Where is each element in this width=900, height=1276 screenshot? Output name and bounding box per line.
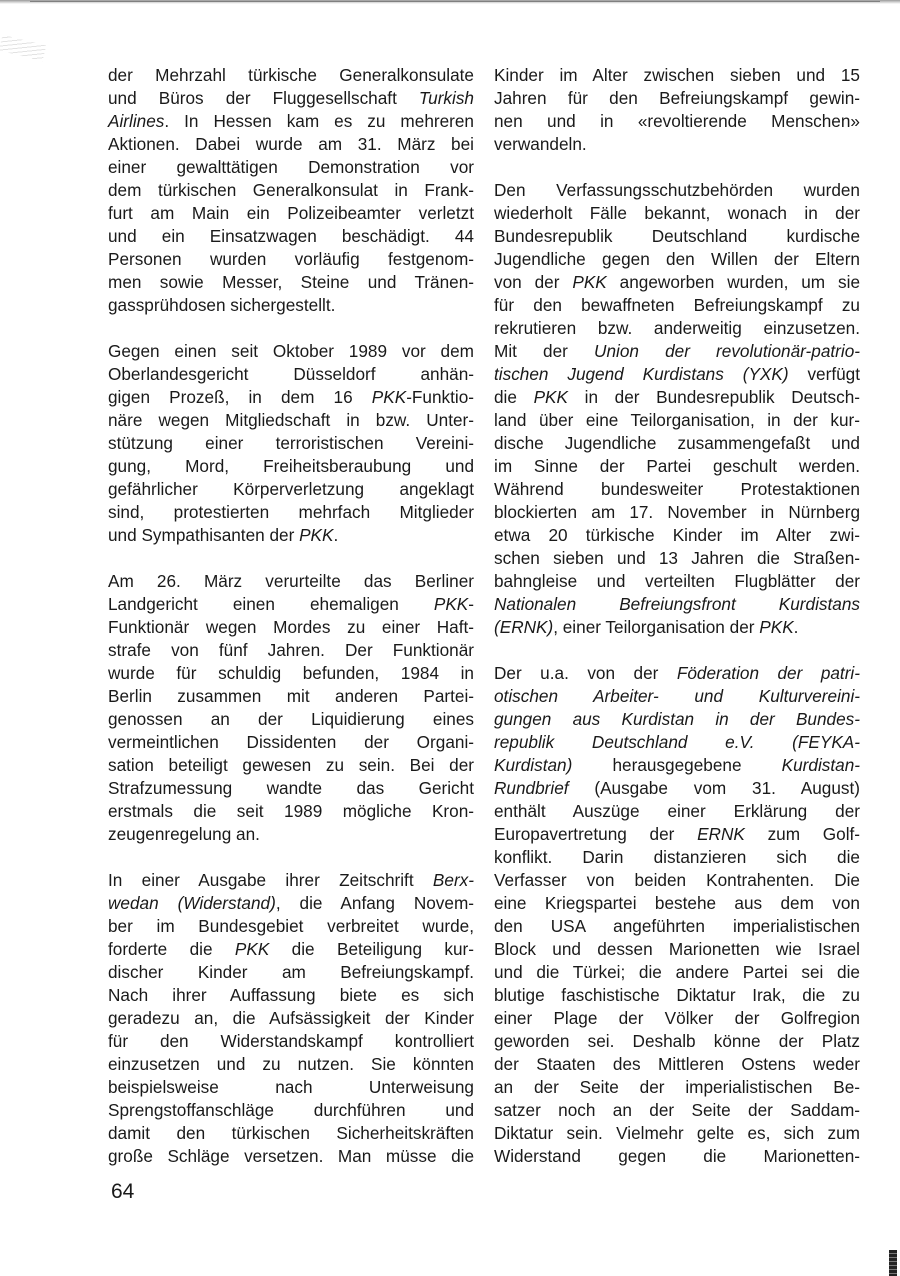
paragraph: Den Verfassungsschutzbehörden wurdenwied… (494, 179, 860, 639)
italic-term: wedan (Widerstand) (108, 893, 276, 913)
italic-term: (ERNK) (494, 617, 553, 637)
scan-top-border-line (30, 1, 880, 2)
text-line: bahngleise und verteilten Flugblätter de… (494, 570, 860, 593)
text-line: dem türkischen Generalkonsulat in Frank- (108, 179, 474, 202)
text-line: Rundbrief (Ausgabe vom 31. August) (494, 777, 860, 800)
italic-term: PKK (235, 939, 269, 959)
paragraph: der Mehrzahl türkische Generalkonsulateu… (108, 64, 474, 317)
text-line: Berlin zusammen mit anderen Partei- (108, 685, 474, 708)
italic-term: PKK (534, 387, 568, 407)
italic-term: Berx- (433, 870, 474, 890)
text-line: von der PKK angeworben wurden, um sie (494, 271, 860, 294)
text-line: otischen Arbeiter- und Kulturvereini- (494, 685, 860, 708)
italic-term: Airlines (108, 111, 164, 131)
paragraph: Am 26. März verurteilte das BerlinerLand… (108, 570, 474, 846)
text-line: Nationalen Befreiungsfront Kurdistans (494, 593, 860, 616)
text-line: und Büros der Fluggesellschaft Turkish (108, 87, 474, 110)
text-line: Diktatur sein. Vielmehr gelte es, sich z… (494, 1122, 860, 1145)
text-line: verwandeln. (494, 133, 860, 156)
text-line: blockierten am 17. November in Nürnberg (494, 501, 860, 524)
text-line: furt am Main ein Polizeibeamter verletzt (108, 202, 474, 225)
text-line: (ERNK), einer Teilorganisation der PKK. (494, 616, 860, 639)
text-line: gefährlicher Körperverletzung angeklagt (108, 478, 474, 501)
italic-term: ERNK (697, 824, 745, 844)
text-line: ber im Bundesgebiet verbreitet wurde, (108, 915, 474, 938)
text-line: strafe von fünf Jahren. Der Funktionär (108, 639, 474, 662)
text-line: genossen an der Liquidierung eines (108, 708, 474, 731)
text-line: für den bewaffneten Befreiungskampf zu (494, 294, 860, 317)
text-line: Funktionär wegen Mordes zu einer Haft- (108, 616, 474, 639)
text-line: Aktionen. Dabei wurde am 31. März bei (108, 133, 474, 156)
italic-term: tischen Jugend Kurdistans (YXK) (494, 364, 789, 384)
text-line: rekrutieren bzw. anderweitig einzusetzen… (494, 317, 860, 340)
text-line: wurde für schuldig befunden, 1984 in (108, 662, 474, 685)
paragraph: Kinder im Alter zwischen sieben und 15Ja… (494, 64, 860, 156)
text-line: blutige faschistische Diktatur Irak, die… (494, 984, 860, 1007)
paragraph: Gegen einen seit Oktober 1989 vor demObe… (108, 340, 474, 547)
text-line: Jahren für den Befreiungskampf gewin- (494, 87, 860, 110)
text-line: Bundesrepublik Deutschland kurdische (494, 225, 860, 248)
paragraph: In einer Ausgabe ihrer Zeitschrift Berx-… (108, 869, 474, 1168)
text-line: Airlines. In Hessen kam es zu mehreren (108, 110, 474, 133)
text-line: satzer noch an der Seite der Saddam- (494, 1099, 860, 1122)
text-line: Kurdistan) herausgegebene Kurdistan- (494, 754, 860, 777)
text-line: tischen Jugend Kurdistans (YXK) verfügt (494, 363, 860, 386)
italic-term: Föderation der patri- (677, 663, 860, 683)
text-line: stützung einer terroristischen Vereini- (108, 432, 474, 455)
text-line: Mit der Union der revolutionär-patrio- (494, 340, 860, 363)
text-line: an der Seite der imperialistischen Be- (494, 1076, 860, 1099)
text-line: eine Kriegspartei bestehe aus dem von (494, 892, 860, 915)
text-line: große Schläge versetzen. Man müsse die (108, 1145, 474, 1168)
text-line: land über eine Teilorganisation, in der … (494, 409, 860, 432)
text-line: einer gewalttätigen Demonstration vor (108, 156, 474, 179)
text-line: damit den türkischen Sicherheitskräften (108, 1122, 474, 1145)
text-line: Kinder im Alter zwischen sieben und 15 (494, 64, 860, 87)
text-line: Der u.a. von der Föderation der patri- (494, 662, 860, 685)
italic-term: PKK (372, 387, 406, 407)
text-line: Verfasser von beiden Kontrahenten. Die (494, 869, 860, 892)
italic-term: PKK (759, 617, 793, 637)
text-line: gigen Prozeß, in dem 16 PKK-Funktio- (108, 386, 474, 409)
italic-term: gungen aus Kurdistan in der Bundes- (494, 709, 860, 729)
italic-term: Kurdistan- (782, 755, 860, 775)
text-line: enthält Auszüge einer Erklärung der (494, 800, 860, 823)
text-line: der Staaten des Mittleren Ostens weder (494, 1053, 860, 1076)
text-line: Jugendliche gegen den Willen der Eltern (494, 248, 860, 271)
text-line: sation beteiligt gewesen zu sein. Bei de… (108, 754, 474, 777)
italic-term: otischen Arbeiter- und Kulturvereini- (494, 686, 860, 706)
text-line: zeugenregelung an. (108, 823, 474, 846)
text-line: und die Türkei; die andere Partei sei di… (494, 961, 860, 984)
text-line: für den Widerstandskampf kontrolliert (108, 1030, 474, 1053)
right-text-column: Kinder im Alter zwischen sieben und 15Ja… (494, 64, 860, 1168)
text-line: beispielsweise nach Unterweisung (108, 1076, 474, 1099)
page-number: 64 (111, 1180, 134, 1204)
text-line: Sprengstoffanschläge durchführen und (108, 1099, 474, 1122)
text-line: Block und dessen Marionetten wie Israel (494, 938, 860, 961)
text-line: gung, Mord, Freiheitsberaubung und (108, 455, 474, 478)
text-line: Nach ihrer Auffassung biete es sich (108, 984, 474, 1007)
text-line: republik Deutschland e.V. (FEYKA- (494, 731, 860, 754)
text-line: der Mehrzahl türkische Generalkonsulate (108, 64, 474, 87)
text-line: etwa 20 türkische Kinder im Alter zwi- (494, 524, 860, 547)
text-line: schen sieben und 13 Jahren die Straßen- (494, 547, 860, 570)
text-line: einer Plage der Völker der Golfregion (494, 1007, 860, 1030)
italic-term: PKK (299, 525, 333, 545)
text-line: einzusetzen und zu nutzen. Sie könnten (108, 1053, 474, 1076)
italic-term: republik Deutschland e.V. (FEYKA- (494, 732, 860, 752)
text-line: Oberlandesgericht Düsseldorf anhän- (108, 363, 474, 386)
text-line: Landgericht einen ehemaligen PKK- (108, 593, 474, 616)
text-line: geworden sei. Deshalb könne der Platz (494, 1030, 860, 1053)
text-line: Strafzumessung wandte das Gericht (108, 777, 474, 800)
italic-term: Nationalen Befreiungsfront Kurdistans (494, 594, 860, 614)
italic-term: Union der revolutionär-patrio- (594, 341, 860, 361)
left-text-column: der Mehrzahl türkische Generalkonsulateu… (108, 64, 474, 1168)
text-line: forderte die PKK die Beteiligung kur- (108, 938, 474, 961)
text-line: dische Jugendliche zusammengefaßt und (494, 432, 860, 455)
text-line: die PKK in der Bundesrepublik Deutsch- (494, 386, 860, 409)
text-line: Personen wurden vorläufig festgenom- (108, 248, 474, 271)
italic-term: Kurdistan) (494, 755, 572, 775)
text-line: und Sympathisanten der PKK. (108, 524, 474, 547)
paragraph: Der u.a. von der Föderation der patri-ot… (494, 662, 860, 1168)
text-line: vermeintlichen Dissidenten der Organi- (108, 731, 474, 754)
text-line: In einer Ausgabe ihrer Zeitschrift Berx- (108, 869, 474, 892)
text-line: Europavertretung der ERNK zum Golf- (494, 823, 860, 846)
text-line: Widerstand gegen die Marionetten- (494, 1145, 860, 1168)
text-line: discher Kinder am Befreiungskampf. (108, 961, 474, 984)
text-line: Gegen einen seit Oktober 1989 vor dem (108, 340, 474, 363)
text-line: Am 26. März verurteilte das Berliner (108, 570, 474, 593)
italic-term: Rundbrief (494, 778, 569, 798)
scan-speckle-artifact (0, 35, 46, 61)
text-line: gassprühdosen sichergestellt. (108, 294, 474, 317)
text-line: sind, protestierten mehrfach Mitglieder (108, 501, 474, 524)
text-line: wedan (Widerstand), die Anfang Novem- (108, 892, 474, 915)
text-line: Während bundesweiter Protestaktionen (494, 478, 860, 501)
text-line: im Sinne der Partei geschult werden. (494, 455, 860, 478)
text-line: näre wegen Mitgliedschaft in bzw. Unter- (108, 409, 474, 432)
text-line: und ein Einsatzwagen beschädigt. 44 (108, 225, 474, 248)
text-line: Den Verfassungsschutzbehörden wurden (494, 179, 860, 202)
text-line: konflikt. Darin distanzieren sich die (494, 846, 860, 869)
text-line: wiederholt Fälle bekannt, wonach in der (494, 202, 860, 225)
scan-edge-mark (889, 1250, 897, 1276)
text-line: nen und in «revoltierende Menschen» (494, 110, 860, 133)
italic-term: PKK (434, 594, 468, 614)
text-line: geradezu an, die Aufsässigkeit der Kinde… (108, 1007, 474, 1030)
text-line: men sowie Messer, Steine und Tränen- (108, 271, 474, 294)
text-line: erstmals die seit 1989 mögliche Kron- (108, 800, 474, 823)
italic-term: PKK (572, 272, 606, 292)
text-line: den USA angeführten imperialistischen (494, 915, 860, 938)
text-line: gungen aus Kurdistan in der Bundes- (494, 708, 860, 731)
italic-term: Turkish (419, 88, 474, 108)
